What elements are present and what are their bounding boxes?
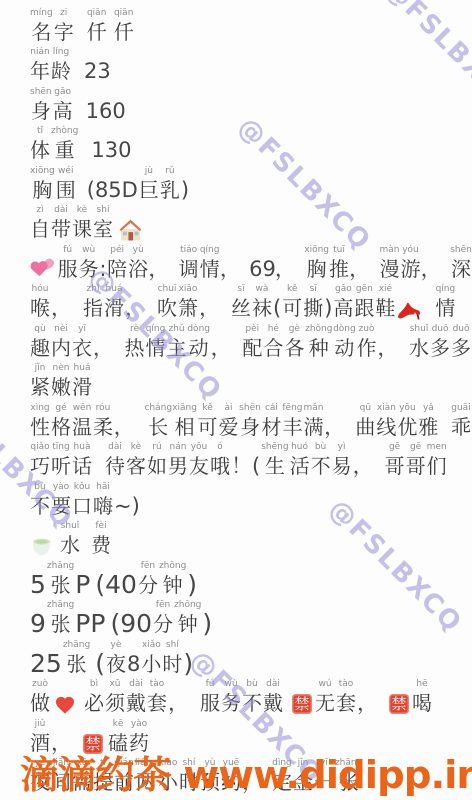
hanzi-glyph: 鞋 — [375, 295, 395, 322]
text-glyph: 8 — [127, 651, 140, 678]
pinyin-annotation: zuò — [32, 678, 48, 690]
hanzi-glyph: 袜 — [252, 295, 272, 322]
hanzi-char: fú服 — [58, 244, 78, 283]
hanzi-char: tuī推 — [329, 244, 349, 283]
screenshot-root: míng名zi字qiān仟qiān仟nián年líng龄23shēn身gāo高1… — [0, 0, 472, 800]
hanzi-char: zhōng钟 — [174, 599, 201, 638]
pinyin-annotation: fēn — [156, 599, 170, 611]
hanzi-char: wù务 — [79, 244, 99, 283]
text-line: xiōng胸wéi围(85Djù巨rǔ乳) — [30, 164, 472, 204]
text-glyph: ( — [95, 650, 105, 678]
hanzi-glyph: 相 — [175, 414, 195, 441]
text-line: nián年líng龄23 — [30, 46, 472, 86]
hanzi-char: shuǐ水 — [409, 323, 429, 362]
text-line: xìng性gé格wēn温róu柔，cháng长xiāng相kě可ài爱shēn身… — [30, 401, 472, 441]
hanzi-char: dòng动 — [188, 323, 210, 362]
pinyin-annotation: kě — [287, 283, 297, 295]
pinyin-annotation: yōu — [399, 402, 416, 414]
text-glyph: PP — [75, 610, 105, 638]
hanzi-glyph: 趣 — [30, 335, 50, 362]
hanzi-char: zhòng重 — [51, 125, 78, 164]
text-token: ( — [95, 638, 105, 678]
hanzi-glyph: 箫 — [178, 295, 198, 322]
text-token: ， — [422, 244, 441, 283]
text-glyph: ， — [168, 690, 189, 717]
hanzi-char: wú无 — [315, 678, 335, 717]
hanzi-glyph: 张 — [51, 572, 71, 599]
pinyin-annotation: róu — [96, 402, 111, 414]
text-token: ， — [114, 402, 134, 441]
hanzi-char: tǐ体 — [30, 125, 50, 164]
hanzi-glyph: 满 — [303, 414, 323, 441]
text-token: ) — [183, 638, 193, 678]
pinyin-annotation: zhōng — [174, 599, 201, 611]
text-glyph: ， — [93, 335, 114, 362]
pinyin-annotation: hāi — [96, 481, 110, 493]
hanzi-char: mǎn满 — [303, 402, 323, 441]
hanzi-glyph: 自 — [30, 216, 50, 243]
pinyin-annotation: sī — [237, 283, 244, 295]
pinyin-annotation: nián — [30, 46, 49, 58]
hanzi-glyph: 水 — [60, 532, 80, 559]
hanzi-glyph: 各 — [284, 335, 304, 362]
hanzi-glyph: 须 — [105, 690, 125, 717]
text-token: ， — [353, 441, 374, 480]
hanzi-char: cái材 — [261, 402, 281, 441]
hanzi-glyph: 爱 — [219, 414, 239, 441]
text-glyph: ！( — [231, 453, 260, 480]
pinyin-annotation: gé — [55, 402, 66, 414]
text-token: ， — [276, 244, 295, 283]
hanzi-char: huó活 — [290, 441, 310, 480]
red-heart-icon — [53, 678, 77, 717]
hanzi-glyph: 名 — [31, 19, 51, 46]
text-glyph: ， — [114, 414, 135, 441]
pinyin-annotation: huá — [106, 283, 123, 295]
hanzi-glyph: 巧 — [30, 453, 50, 480]
pinyin-annotation: pèi — [245, 323, 259, 335]
pinyin-annotation: hé — [268, 323, 279, 335]
hanzi-glyph: 男 — [168, 453, 188, 480]
pinyin-annotation: rǔ — [165, 165, 174, 177]
hanzi-glyph: 动 — [334, 335, 354, 362]
hanzi-char: yī衣 — [72, 323, 92, 362]
text-glyph: (85D — [87, 177, 138, 204]
pinyin-annotation: shēn — [239, 402, 261, 414]
hanzi-glyph: 不 — [311, 453, 331, 480]
hanzi-char: hóu喉 — [30, 283, 50, 322]
text-line: fú服wù务:péi陪yù浴，tiáo调qíng情，69，xiōng胸tuī推，… — [30, 243, 472, 283]
hanzi-glyph: 指 — [83, 295, 103, 322]
hanzi-char: gāo高 — [333, 283, 353, 322]
text-token: ！( — [231, 441, 260, 480]
text-token: ， — [93, 323, 114, 362]
hanzi-char: xìng性 — [30, 402, 50, 441]
pinyin-annotation: tào — [339, 678, 354, 690]
hanzi-char: rǔ乳 — [160, 165, 180, 204]
hanzi-char: wù务 — [221, 678, 241, 717]
hanzi-glyph: 身 — [240, 414, 260, 441]
hanzi-glyph: 格 — [51, 414, 71, 441]
hanzi-char: fēng丰 — [282, 402, 302, 441]
pinyin-annotation: zhāng — [47, 560, 74, 572]
hanzi-char: xiōng胸 — [305, 244, 328, 283]
hanzi-glyph: 课 — [72, 216, 92, 243]
hanzi-char: xiāo箫 — [178, 283, 198, 322]
hanzi-glyph: 热 — [125, 335, 145, 362]
hanzi-glyph: 情 — [146, 335, 166, 362]
hanzi-char: shí时 — [162, 639, 182, 678]
pinyin-annotation: wēn — [73, 402, 92, 414]
spacer — [284, 716, 292, 717]
pinyin-annotation: bù — [315, 441, 326, 453]
text-token: 25 — [30, 638, 62, 678]
text-token: P — [75, 559, 90, 599]
text-glyph: ， — [51, 295, 72, 322]
spacer — [232, 361, 242, 362]
hanzi-char: yì易 — [332, 441, 352, 480]
hanzi-glyph: 待 — [105, 453, 125, 480]
hanzi-glyph: 种 — [309, 335, 329, 362]
pinyin-annotation: xié — [379, 283, 392, 295]
house-icon — [118, 204, 143, 243]
pinyin-annotation: xiōng — [30, 165, 55, 177]
hanzi-glyph: 作 — [357, 335, 377, 362]
hanzi-char: qiān仟 — [114, 7, 134, 46]
hanzi-glyph: 调 — [179, 256, 199, 283]
pinyin-annotation: jǐn — [35, 362, 46, 374]
text-glyph: ， — [275, 256, 296, 283]
hanzi-char: gēn跟 — [354, 283, 374, 322]
text-line: jǐn紧nèn嫩huá滑 — [30, 362, 472, 402]
hanzi-char: kè课 — [72, 204, 92, 243]
text-token: ( — [273, 283, 281, 322]
pinyin-annotation: gāo — [335, 283, 352, 295]
pinyin-annotation: qiān — [114, 7, 133, 19]
text-glyph: ， — [353, 453, 374, 480]
hanzi-glyph: 时 — [162, 651, 182, 678]
hanzi-char: yào要 — [51, 481, 71, 520]
text-glyph: 25 — [30, 650, 62, 678]
hanzi-glyph: 做 — [30, 690, 50, 717]
hanzi-char: hé合 — [263, 323, 283, 362]
hanzi-char: qū曲 — [355, 402, 375, 441]
hanzi-char: ó哦 — [210, 441, 230, 480]
text-token: ) — [202, 598, 212, 638]
hanzi-char: kè客 — [126, 441, 146, 480]
text-token: ) — [324, 283, 332, 322]
house-icon — [118, 216, 143, 243]
hanzi-char: jù巨 — [139, 165, 159, 204]
pinyin-annotation: gè — [289, 323, 300, 335]
hanzi-glyph: 仟 — [87, 19, 107, 46]
text-glyph: ) — [187, 571, 197, 599]
hanzi-char: wēn温 — [72, 402, 92, 441]
pinyin-annotation: fēng — [282, 402, 302, 414]
high-heel-icon — [396, 295, 422, 322]
pinyin-annotation: shēn — [30, 86, 52, 98]
pinyin-annotation: huà — [74, 441, 91, 453]
text-token: : — [100, 244, 107, 283]
text-glyph: 5 — [30, 571, 46, 599]
pinyin-annotation: gē — [410, 441, 421, 453]
hanzi-glyph: 可 — [282, 295, 302, 322]
hanzi-glyph: 仟 — [114, 19, 134, 46]
text-token: PP — [75, 598, 105, 638]
hanzi-glyph: 雅 — [418, 414, 438, 441]
spacer — [379, 716, 389, 717]
hanzi-char: qíng情 — [435, 283, 455, 322]
hanzi-glyph: 吹 — [157, 295, 177, 322]
hanzi-char: qiǎo巧 — [30, 441, 50, 480]
spacer — [190, 716, 200, 717]
hanzi-char: gē哥 — [406, 441, 426, 480]
text-token: 160 — [86, 86, 126, 125]
hanzi-glyph: 哦 — [210, 453, 230, 480]
text-line: shuǐ水fèi费 — [30, 520, 472, 560]
hanzi-glyph: 可 — [198, 414, 218, 441]
hanzi-char: gé格 — [51, 402, 71, 441]
hanzi-glyph: 分 — [138, 572, 158, 599]
pinyin-annotation: qiān — [87, 7, 106, 19]
pinyin-annotation: bì — [90, 678, 98, 690]
text-glyph: ， — [211, 335, 232, 362]
hanzi-char: pèi配 — [242, 323, 262, 362]
pinyin-annotation: zi — [60, 7, 67, 19]
hanzi-char: zhāng张 — [47, 560, 74, 599]
teacup-icon — [30, 520, 53, 559]
hanzi-char: yōu优 — [397, 402, 417, 441]
hanzi-glyph: 话 — [72, 453, 92, 480]
hanzi-char: róu柔 — [93, 402, 113, 441]
text-line: tǐ体zhòng重130 — [30, 125, 472, 165]
hanzi-char: chuī吹 — [157, 283, 177, 322]
hanzi-char: nán男 — [168, 441, 188, 480]
hanzi-glyph: 配 — [242, 335, 262, 362]
hanzi-char: nián年 — [30, 46, 50, 85]
hanzi-glyph: 深 — [451, 256, 471, 283]
hanzi-glyph: 围 — [56, 177, 76, 204]
pinyin-annotation: míng — [30, 7, 53, 19]
pinyin-annotation: màn — [380, 244, 400, 256]
hanzi-glyph: 必 — [84, 690, 104, 717]
pinyin-annotation: yóu — [402, 244, 419, 256]
hanzi-char: líng龄 — [51, 46, 71, 85]
hanzi-glyph: 衣 — [72, 335, 92, 362]
pinyin-annotation: zhǐ — [87, 283, 100, 295]
pinyin-annotation: kě — [202, 402, 212, 414]
hanzi-char: guāi乖 — [451, 402, 471, 441]
hanzi-char: qù趣 — [30, 323, 50, 362]
hanzi-char: yǎ雅 — [418, 402, 438, 441]
hanzi-glyph: 张 — [51, 611, 71, 638]
two-hearts-icon — [30, 244, 55, 283]
hanzi-glyph: 柔 — [93, 414, 113, 441]
text-token: ， — [168, 678, 189, 717]
hanzi-char: huá滑 — [104, 283, 124, 322]
text-token: 5 — [30, 559, 46, 599]
pinyin-annotation: xiōng — [304, 244, 329, 256]
pinyin-annotation: hóu — [32, 283, 49, 295]
text-glyph: ) — [202, 610, 212, 638]
hanzi-glyph: 动 — [189, 335, 209, 362]
hanzi-char: fēn分 — [138, 560, 158, 599]
hanzi-glyph: 哥 — [385, 453, 405, 480]
text-glyph: ) — [183, 650, 193, 678]
hanzi-glyph: 内 — [51, 335, 71, 362]
pinyin-annotation: dòng — [333, 323, 356, 335]
pinyin-annotation: men — [427, 441, 447, 453]
hanzi-char: nèi内 — [51, 323, 71, 362]
hanzi-char: xiōng胸 — [30, 165, 55, 204]
hanzi-char: xié鞋 — [375, 283, 395, 322]
text-token: ， — [324, 402, 344, 441]
hanzi-char: rú如 — [147, 441, 167, 480]
hanzi-glyph: 游 — [401, 256, 421, 283]
hanzi-glyph: 年 — [30, 58, 50, 85]
text-glyph: ， — [220, 256, 241, 283]
hanzi-glyph: 夜 — [106, 651, 126, 678]
pinyin-annotation: kè — [77, 204, 87, 216]
pinyin-annotation: yù — [133, 244, 144, 256]
pinyin-annotation: yǒu — [191, 441, 208, 453]
text-glyph: ， — [421, 256, 442, 283]
pinyin-annotation: shuǐ — [61, 520, 80, 532]
hanzi-glyph: 情 — [435, 295, 455, 322]
text-token: ， — [125, 283, 146, 322]
pinyin-annotation: yè — [111, 639, 122, 651]
text-token: ， — [149, 244, 168, 283]
text-glyph: (90 — [110, 610, 152, 638]
pinyin-annotation: zhōng — [159, 560, 186, 572]
pinyin-annotation: shuǐ — [410, 323, 429, 335]
text-line: qiǎo巧tīng听huà话dài待kè客rú如nán男yǒu友ó哦！(shēn… — [30, 441, 472, 481]
hanzi-glyph: 曲 — [355, 414, 375, 441]
hanzi-glyph: 优 — [397, 414, 417, 441]
hanzi-glyph: 滑 — [104, 295, 124, 322]
hanzi-char: tào套 — [336, 678, 356, 717]
hanzi-glyph: 跟 — [354, 295, 374, 322]
hanzi-glyph: 客 — [126, 453, 146, 480]
text-line: míng名zi字qiān仟qiān仟 — [30, 6, 472, 46]
prohibited-icon: 禁 — [389, 690, 409, 717]
hanzi-glyph: 嗨 — [93, 493, 113, 520]
text-glyph: ， — [324, 414, 345, 441]
hanzi-char: zhāng张 — [47, 599, 74, 638]
pinyin-annotation: tào — [150, 678, 165, 690]
pinyin-annotation: xiāo — [179, 283, 198, 295]
pinyin-annotation: dài — [54, 204, 68, 216]
pinyin-annotation: yǎ — [423, 402, 434, 414]
text-line: hóu喉，zhǐ指huá滑，chuī吹xiāo箫，sī丝wà袜(kě可sī撕)g… — [30, 283, 472, 323]
hanzi-char: xiǎo小 — [141, 639, 161, 678]
hanzi-char: qíng情 — [200, 244, 220, 283]
text-line: qù趣nèi内yī衣，rè热qíng情zhǔ主dòng动，pèi配hé合gè各z… — [30, 322, 472, 362]
hanzi-char: hāi嗨 — [93, 481, 113, 520]
text-token: ) — [181, 165, 189, 204]
text-glyph: ， — [377, 335, 398, 362]
hanzi-glyph: 小 — [141, 651, 161, 678]
text-token: ， — [221, 244, 240, 283]
text-glyph: 23 — [84, 58, 111, 85]
text-token: ) — [187, 559, 197, 599]
pinyin-annotation: cháng — [144, 402, 172, 414]
pinyin-annotation: huó — [291, 441, 308, 453]
hanzi-char: péi陪 — [107, 244, 127, 283]
hanzi-char: yù浴 — [128, 244, 148, 283]
hanzi-char: kě可 — [198, 402, 218, 441]
hanzi-char: shēn身 — [30, 86, 52, 125]
pinyin-annotation: fú — [63, 244, 72, 256]
pinyin-annotation: huá — [74, 362, 91, 374]
text-glyph: ( — [273, 295, 281, 322]
pinyin-annotation: dài — [266, 678, 280, 690]
pinyin-annotation: péi — [110, 244, 124, 256]
pinyin-annotation: duō — [432, 323, 449, 335]
text-glyph: ， — [357, 690, 378, 717]
hanzi-char: míng名 — [30, 7, 53, 46]
hanzi-char: bì必 — [84, 678, 104, 717]
hanzi-char: shi室 — [93, 204, 113, 243]
text-token: ~) — [114, 481, 140, 520]
pinyin-annotation: sī — [310, 283, 317, 295]
hanzi-char: tiáo调 — [179, 244, 199, 283]
text-token: (90 — [110, 598, 152, 638]
hanzi-char: xiāng相 — [173, 402, 197, 441]
text-glyph: (40 — [95, 571, 137, 599]
pinyin-annotation: rè — [130, 323, 139, 335]
text-glyph: 9 — [30, 610, 46, 638]
pinyin-annotation: zhǒng — [305, 323, 332, 335]
text-line: zì自dài带kè课shi室 — [30, 204, 472, 244]
pinyin-annotation: qù — [34, 323, 45, 335]
hanzi-glyph: 张 — [67, 651, 87, 678]
prohibited-icon: 禁 — [292, 690, 312, 717]
text-line: zuò做bì必xū须dài戴tào套，fú服wù务bù不dài戴禁wú无tào套… — [30, 678, 472, 718]
pinyin-annotation: ó — [217, 441, 223, 453]
hanzi-glyph: 主 — [167, 335, 187, 362]
pinyin-annotation: zhǔ — [168, 323, 184, 335]
hanzi-char: zhǔ主 — [167, 323, 187, 362]
hanzi-char: bù不 — [242, 678, 262, 717]
text-token: ， — [378, 323, 399, 362]
hanzi-glyph: 服 — [58, 256, 78, 283]
hanzi-char: kǒu口 — [72, 481, 92, 520]
hanzi-char: sī丝 — [231, 283, 251, 322]
pinyin-annotation: xiàn — [377, 402, 396, 414]
text-token: ， — [350, 244, 369, 283]
text-glyph: ) — [324, 295, 332, 322]
pinyin-annotation: bù — [246, 678, 257, 690]
hanzi-glyph: 喉 — [30, 295, 50, 322]
pinyin-annotation: qíng — [200, 244, 220, 256]
pinyin-annotation: xū — [109, 678, 120, 690]
hanzi-glyph: 活 — [290, 453, 310, 480]
hanzi-glyph: 分 — [153, 611, 173, 638]
spacer — [115, 361, 125, 362]
pinyin-annotation: fú — [206, 678, 215, 690]
hanzi-char: nèn嫩 — [51, 362, 71, 401]
pinyin-annotation: duō — [453, 323, 470, 335]
pinyin-annotation: qiǎo — [30, 441, 49, 453]
pinyin-annotation: shēn — [450, 244, 472, 256]
text-glyph: ， — [148, 256, 169, 283]
hanzi-glyph: 高 — [53, 98, 73, 125]
pinyin-annotation: cái — [265, 402, 278, 414]
hanzi-char: xū须 — [105, 678, 125, 717]
hanzi-glyph: 多 — [430, 335, 450, 362]
pinyin-annotation: shēng — [261, 441, 288, 453]
